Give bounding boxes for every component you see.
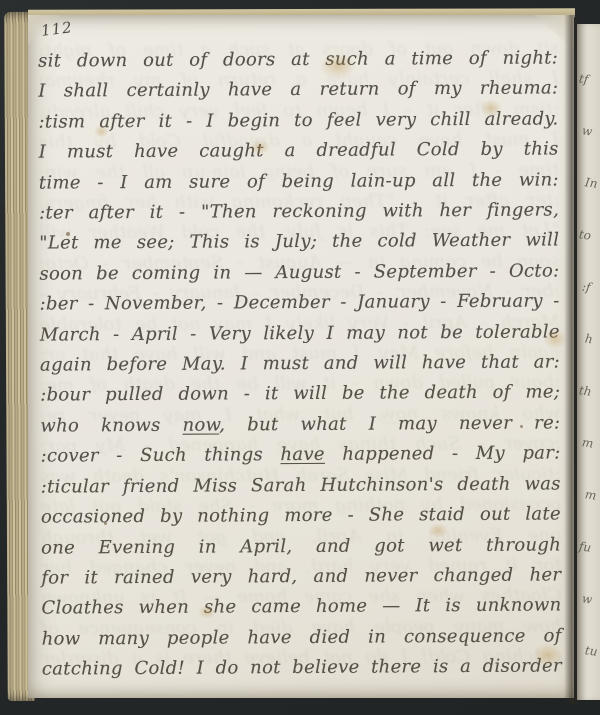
manuscript-line: I shall certainly have a return of my rh… [38, 74, 558, 108]
manuscript-line: :cover - Such things have happened - My … [40, 439, 560, 473]
adjacent-page-text-fragment: tf [578, 71, 589, 86]
adjacent-page-text-fragment: :f [581, 279, 591, 294]
manuscript-line: catching Cold! I do not believe there is… [42, 652, 562, 686]
adjacent-page-text-fragment: h [584, 332, 594, 347]
manuscript-line: soon be coming in — August - September -… [39, 256, 559, 290]
adjacent-page-text-fragment: fu [578, 539, 592, 555]
adjacent-page-text-fragment: w [581, 591, 593, 606]
manuscript-line: occasioned by nothing more - She staid o… [41, 500, 561, 534]
manuscript-line: :ber - November, - December - January - … [40, 287, 560, 321]
manuscript-line: time - I am sure of being lain-up all th… [39, 165, 559, 199]
manuscript-line: :bour pulled down - it will be the death… [40, 378, 560, 412]
manuscript-line: "Let me see; This is July; the cold Weat… [39, 226, 559, 260]
manuscript-line: :ticular friend Miss Sarah Hutchinson's … [41, 469, 561, 503]
manuscript-line: Cloathes when she came home — It is unkn… [41, 591, 561, 625]
adjacent-page-text-fragment: w [581, 123, 593, 138]
adjacent-page-text-fragment: th [578, 383, 592, 399]
adjacent-page-text-fragment: In [584, 175, 598, 191]
manuscript-line: who knows now, but what I may never re: [40, 408, 560, 442]
manuscript-line: how many people have died in consequence… [42, 621, 562, 655]
manuscript-line: sit down out of doors at such a time of … [38, 43, 558, 77]
page-number: 112 [40, 18, 74, 40]
manuscript-text: sit down out of doors at such a time of … [38, 43, 562, 685]
manuscript-photo: 112 sit down out of doors at such a time… [0, 0, 600, 715]
manuscript-line: :ter after it - "Then reckoning with her… [39, 195, 559, 229]
adjacent-page-text-fragment: m [584, 487, 597, 502]
manuscript-line: I must have caught a dreadful Cold by th… [39, 135, 559, 169]
manuscript-line: for it rained very hard, and never chang… [41, 560, 561, 594]
manuscript-line: :tism after it - I begin to feel very ch… [38, 104, 558, 138]
adjacent-page-text-fragment: m [581, 435, 594, 450]
gutter-shadow [564, 15, 578, 705]
manuscript-page: 112 sit down out of doors at such a time… [28, 15, 574, 698]
adjacent-page-edge: tfwInto:fhthmmfuwtu [577, 24, 600, 700]
manuscript-line: March - April - Very likely I may not be… [40, 317, 560, 351]
adjacent-page-text-fragment: to [578, 227, 592, 243]
manuscript-line: one Evening in April, and got wet throug… [41, 530, 561, 564]
adjacent-page-text-fragment: tu [584, 643, 598, 659]
manuscript-line: again before May. I must and will have t… [40, 347, 560, 381]
